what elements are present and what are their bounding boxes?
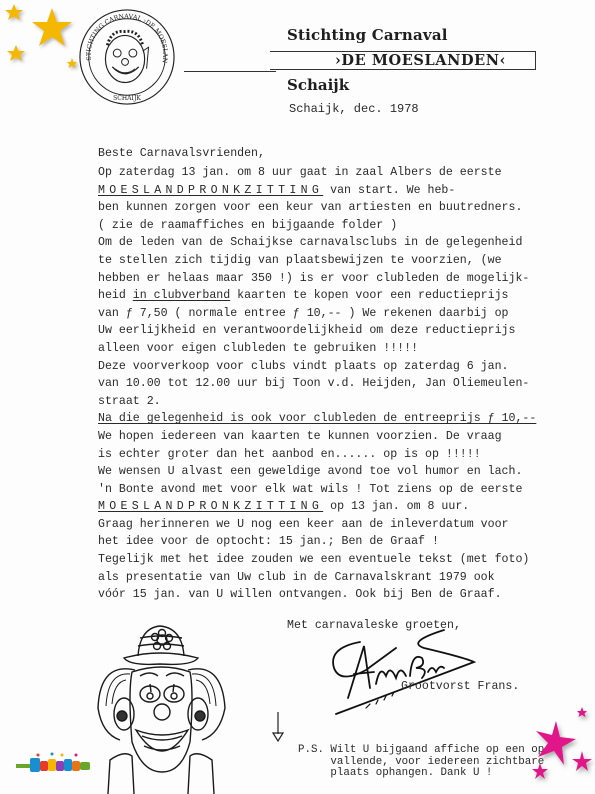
greeting: Beste Carnavalsvrienden,	[98, 145, 265, 163]
letter-line: hebben er helaas maar 350 !) is er voor …	[98, 270, 536, 288]
line-text: vóór 15 jan. van U willen ontvangen. Ook…	[98, 588, 502, 601]
letter-line: Uw eerlijkheid en verantwoordelijkheid o…	[98, 322, 536, 340]
line-text: kaarten te kopen voor een reductieprijs	[230, 289, 508, 302]
line-text: te stellen zich tijdig van plaatsbewijze…	[98, 254, 502, 267]
letter-line: MOESLANDPRONKZITTING op 13 jan. om 8 uur…	[98, 498, 536, 516]
header-rule	[184, 71, 276, 72]
event-name: MOESLANDPRONKZITTING	[98, 500, 323, 513]
line-text: is echter groter dan het aanbod en......…	[98, 448, 481, 461]
line-text: als presentatie van Uw club in de Carnav…	[98, 571, 495, 584]
line-text: straat 2.	[98, 395, 161, 408]
line-text: het idee voor de optocht: 15 jan.; Ben d…	[98, 535, 439, 548]
letter-body: Op zaterdag 13 jan. om 8 uur gaat in zaa…	[98, 164, 536, 604]
line-text: heid	[98, 289, 133, 302]
letter-line: straat 2.	[98, 393, 536, 411]
line-text: 'n Bonte avond met voor elk wat wils ! T…	[98, 483, 522, 496]
letter-line: We wensen U alvast een geweldige avond t…	[98, 463, 536, 481]
line-text: Op zaterdag 13 jan. om 8 uur gaat in zaa…	[98, 166, 502, 179]
letter-page: STICHTING CARNAVAL ›DE MOESLANDEN‹ SCHAI…	[0, 0, 595, 794]
letter-line: Om de leden van de Schaijkse carnavalscl…	[98, 234, 536, 252]
org-name-line2: ›DE MOESLANDEN‹	[335, 52, 506, 69]
letter-line: heid in clubverband kaarten te kopen voo…	[98, 287, 536, 305]
letter-line: als presentatie van Uw club in de Carnav…	[98, 569, 536, 587]
signature	[326, 628, 476, 718]
carnival-seal-logo: STICHTING CARNAVAL ›DE MOESLANDEN‹ SCHAI…	[78, 8, 176, 106]
letter-line: van 10.00 tot 12.00 uur bij Toon v.d. He…	[98, 375, 536, 393]
letter-line: is echter groter dan het aanbod en......…	[98, 446, 536, 464]
gold-stars-icon	[0, 0, 80, 75]
event-name: MOESLANDPRONKZITTING	[98, 184, 323, 197]
org-name-line1: Stichting Carnaval	[287, 26, 448, 44]
line-text: Uw eerlijkheid en verantwoordelijkheid o…	[98, 324, 515, 337]
letter-line: het idee voor de optocht: 15 jan.; Ben d…	[98, 533, 536, 551]
line-text: Tegelijk met het idee zouden we een even…	[98, 553, 529, 566]
closing-line: Met carnavaleske groeten,	[287, 619, 461, 632]
letter-line: 'n Bonte avond met voor elk wat wils ! T…	[98, 481, 536, 499]
letter-line: Graag herinneren we U nog een keer aan d…	[98, 516, 536, 534]
colorful-website-badge-icon	[16, 752, 92, 774]
down-arrow-icon	[272, 712, 284, 742]
line-text: ben kunnen zorgen voor een keur van arti…	[98, 201, 522, 214]
line-text: We hopen iedereen van kaarten te kunnen …	[98, 430, 502, 443]
line-text: alleen voor eigen clubleden te gebruiken…	[98, 342, 418, 355]
signer-name: Grootvorst Frans.	[401, 680, 519, 693]
letter-line: MOESLANDPRONKZITTING van start. We heb-	[98, 182, 536, 200]
letter-line: Op zaterdag 13 jan. om 8 uur gaat in zaa…	[98, 164, 536, 182]
letter-line: van ƒ 7,50 ( normale entree ƒ 10,-- ) We…	[98, 305, 536, 323]
letter-line: ben kunnen zorgen voor een keur van arti…	[98, 199, 536, 217]
letter-line: Deze voorverkoop voor clubs vindt plaats…	[98, 358, 536, 376]
line-text: op 13 jan. om 8 uur.	[323, 500, 469, 513]
line-text: van start. We heb-	[323, 184, 455, 197]
letter-line: We hopen iedereen van kaarten te kunnen …	[98, 428, 536, 446]
svg-text:SCHAIJK: SCHAIJK	[113, 95, 141, 102]
letter-line: Tegelijk met het idee zouden we een even…	[98, 551, 536, 569]
letter-line: ( zie de raamaffiches en bijgaande folde…	[98, 217, 536, 235]
line-text: We wensen U alvast een geweldige avond t…	[98, 465, 522, 478]
postscript: P.S. Wilt U bijgaand affiche op een op- …	[298, 745, 551, 780]
line-text: Om de leden van de Schaijkse carnavalscl…	[98, 236, 522, 249]
letter-line: alleen voor eigen clubleden te gebruiken…	[98, 340, 536, 358]
pink-stars-icon	[520, 705, 595, 790]
line-text: Deze voorverkoop voor clubs vindt plaats…	[98, 360, 509, 373]
letter-line: Na die gelegenheid is ook voor clubleden…	[98, 410, 536, 428]
line-text: hebben er helaas maar 350 !) is er voor …	[98, 272, 529, 285]
letter-line: vóór 15 jan. van U willen ontvangen. Ook…	[98, 586, 536, 604]
underlined-text: in clubverband	[133, 289, 230, 302]
line-text: van ƒ 7,50 ( normale entree ƒ 10,-- ) We…	[98, 307, 509, 320]
org-name-line3: Schaijk	[287, 76, 349, 94]
letter-line: te stellen zich tijdig van plaatsbewijze…	[98, 252, 536, 270]
underlined-text: Na die gelegenheid is ook voor clubleden…	[98, 412, 536, 425]
line-text: ( zie de raamaffiches en bijgaande folde…	[98, 219, 397, 232]
letter-date: Schaijk, dec. 1978	[289, 102, 419, 116]
line-text: van 10.00 tot 12.00 uur bij Toon v.d. He…	[98, 377, 529, 390]
clown-illustration	[80, 622, 236, 794]
line-text: Graag herinneren we U nog een keer aan d…	[98, 518, 509, 531]
